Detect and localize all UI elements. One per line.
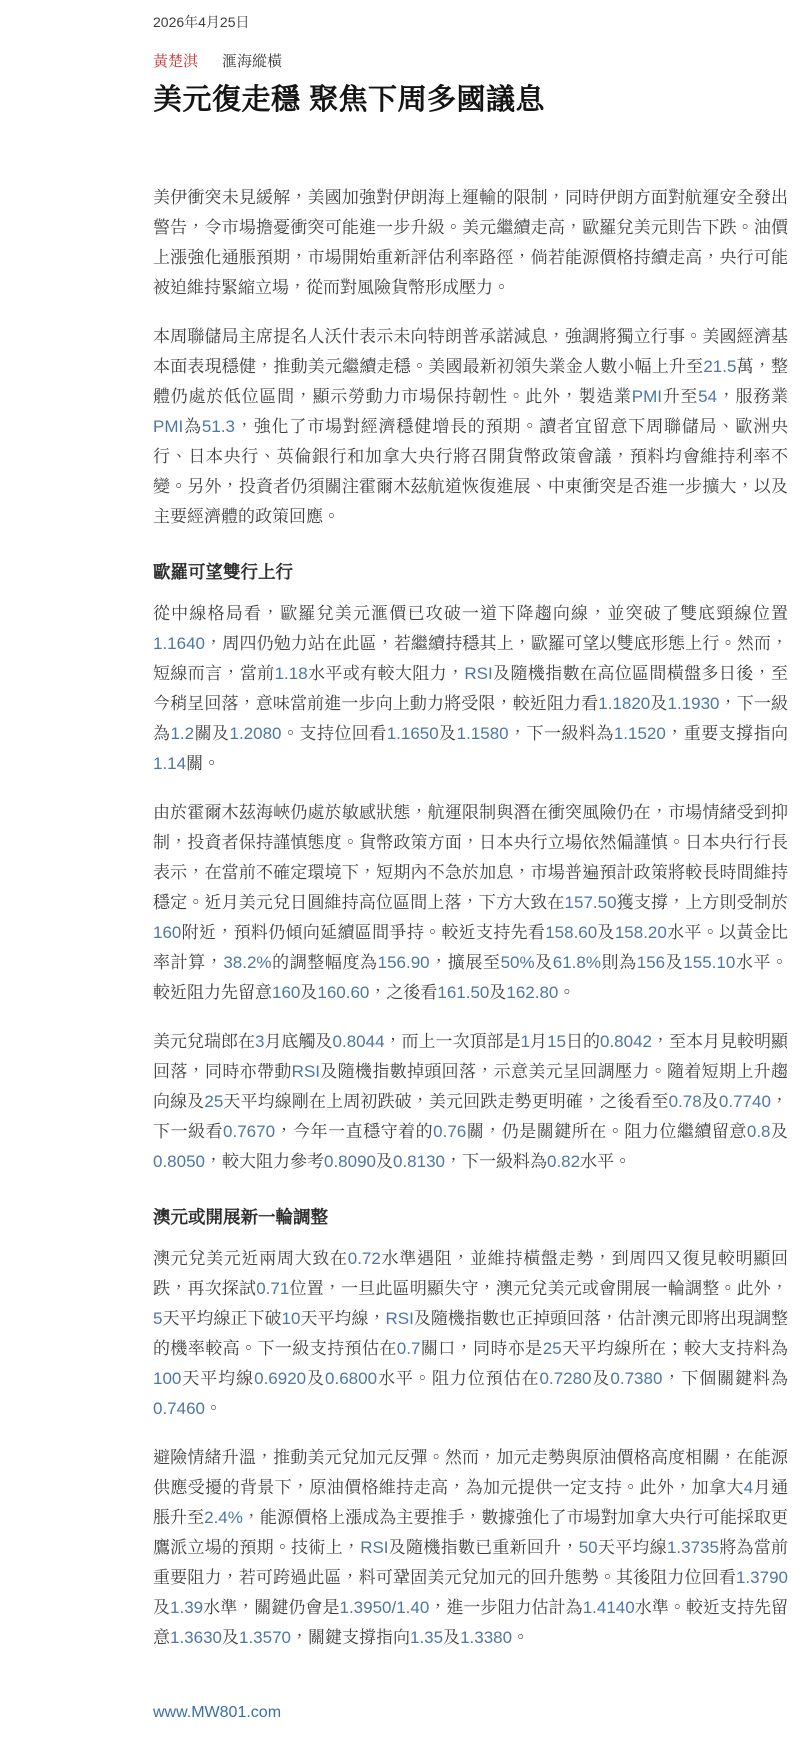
numeric-text: 1.1520 — [614, 724, 666, 743]
numeric-text: 1.3735 — [667, 1538, 719, 1557]
numeric-text: 3 — [255, 1032, 264, 1051]
numeric-text: 161.50 — [437, 983, 489, 1002]
numeric-text: 21.5 — [703, 357, 736, 376]
numeric-text: 158.20 — [615, 923, 667, 942]
numeric-text: 0.7740 — [719, 1092, 771, 1111]
numeric-text: RSI — [464, 664, 492, 683]
numeric-text: 1.3790 — [736, 1568, 788, 1587]
numeric-text: 0.8044 — [333, 1032, 385, 1051]
numeric-text: PMI — [153, 417, 183, 436]
numeric-text: 155.10 — [683, 953, 735, 972]
numeric-text: 1.3380 — [460, 1628, 512, 1647]
numeric-text: 0.8042 — [600, 1032, 652, 1051]
article-paragraph: 從中線格局看，歐羅兌美元滙價已攻破一道下降趨向線，並突破了雙底頸線位置1.164… — [153, 599, 788, 779]
numeric-text: RSI — [386, 1309, 414, 1328]
numeric-text: 51.3 — [202, 417, 235, 436]
numeric-text: 0.7460 — [153, 1399, 205, 1418]
numeric-text: 0.8130 — [393, 1152, 445, 1171]
numeric-text: 54 — [698, 387, 717, 406]
numeric-text: 0.8 — [747, 1122, 771, 1141]
numeric-text: 25 — [543, 1339, 562, 1358]
site-link[interactable]: www.MW801.com — [153, 1704, 281, 1722]
numeric-text: 0.82 — [547, 1152, 580, 1171]
numeric-text: 1.1650 — [387, 724, 439, 743]
numeric-text: 0.6800 — [325, 1369, 377, 1388]
numeric-text: 0.7 — [397, 1339, 421, 1358]
numeric-text: 157.50 — [565, 893, 617, 912]
section-heading-euro: 歐羅可望雙行上行 — [153, 560, 788, 584]
article-title: 美元復走穩 聚焦下周多國議息 — [153, 81, 788, 119]
author-link[interactable]: 黃楚淇 — [153, 50, 198, 71]
numeric-text: 1 — [521, 1032, 530, 1051]
numeric-text: 0.7380 — [610, 1369, 662, 1388]
numeric-text: 1.4140 — [583, 1598, 635, 1617]
numeric-text: 100 — [153, 1369, 181, 1388]
numeric-text: 0.7280 — [540, 1369, 592, 1388]
numeric-text: 1.14 — [153, 754, 186, 773]
numeric-text: 160 — [272, 983, 300, 1002]
column-name: 滙海縱橫 — [222, 50, 282, 71]
numeric-text: 1.2080 — [229, 724, 281, 743]
numeric-text: 0.71 — [256, 1279, 289, 1298]
section-heading-aud: 澳元或開展新一輪調整 — [153, 1205, 788, 1229]
article-paragraph: 由於霍爾木茲海峽仍處於敏感狀態，航運限制與潛在衝突風險仍在，市場情緒受到抑制，投… — [153, 798, 788, 1008]
article-paragraph: 本周聯儲局主席提名人沃什表示未向特朗普承諾減息，強調將獨立行事。美國經濟基本面表… — [153, 322, 788, 532]
numeric-text: 1.1640 — [153, 634, 205, 653]
numeric-text: 156 — [637, 953, 665, 972]
numeric-text: 10 — [282, 1309, 301, 1328]
numeric-text: 0.8090 — [324, 1152, 376, 1171]
numeric-text: 61.8% — [553, 953, 601, 972]
numeric-text: 0.76 — [433, 1122, 466, 1141]
numeric-text: 1.2 — [170, 724, 194, 743]
article-paragraph: 美伊衝突未見緩解，美國加強對伊朗海上運輸的限制，同時伊朗方面對航運安全發出警告，… — [153, 183, 788, 303]
numeric-text: 25 — [204, 1092, 223, 1111]
numeric-text: 0.72 — [348, 1249, 381, 1268]
numeric-text: 1.18 — [275, 664, 308, 683]
article-paragraph: 澳元兌美元近兩周大致在0.72水準遇阻，並維持橫盤走勢，到周四又復見較明顯回跌，… — [153, 1244, 788, 1424]
numeric-text: 38.2% — [223, 953, 271, 972]
numeric-text: 162.80 — [506, 983, 558, 1002]
numeric-text: 1.35 — [410, 1628, 443, 1647]
numeric-text: 160.60 — [317, 983, 369, 1002]
numeric-text: 4 — [744, 1478, 753, 1497]
numeric-text: RSI — [292, 1062, 320, 1081]
numeric-text: 156.90 — [378, 953, 430, 972]
article-page: 2026年4月25日 黃楚淇 滙海縱橫 美元復走穩 聚焦下周多國議息 美伊衝突未… — [0, 0, 802, 1762]
numeric-text: 1.1930 — [668, 694, 720, 713]
numeric-text: 0.8050 — [153, 1152, 205, 1171]
numeric-text: 1.1820 — [598, 694, 650, 713]
numeric-text: 5 — [153, 1309, 162, 1328]
article-date: 2026年4月25日 — [153, 12, 788, 32]
numeric-text: 15 — [547, 1032, 566, 1051]
numeric-text: 0.6920 — [254, 1369, 306, 1388]
numeric-text: 1.39 — [170, 1598, 203, 1617]
numeric-text: RSI — [360, 1538, 388, 1557]
numeric-text: PMI — [632, 387, 662, 406]
numeric-text: 1.3630 — [170, 1628, 222, 1647]
numeric-text: 50% — [501, 953, 535, 972]
numeric-text: 50 — [579, 1538, 598, 1557]
numeric-text: 0.78 — [669, 1092, 702, 1111]
numeric-text: 158.60 — [545, 923, 597, 942]
byline: 黃楚淇 滙海縱橫 — [153, 50, 788, 71]
numeric-text: 1.1580 — [457, 724, 509, 743]
article-paragraph: 美元兌瑞郎在3月底觸及0.8044，而上一次頂部是1月15日的0.8042，至本… — [153, 1027, 788, 1177]
numeric-text: 1.3570 — [239, 1628, 291, 1647]
numeric-text: 160 — [153, 923, 181, 942]
numeric-text: 0.7670 — [223, 1122, 275, 1141]
article-paragraph: 避險情緒升溫，推動美元兌加元反彈。然而，加元走勢與原油價格高度相關，在能源供應受… — [153, 1443, 788, 1653]
numeric-text: 1.3950/1.40 — [339, 1598, 429, 1617]
numeric-text: 2.4% — [204, 1508, 243, 1527]
